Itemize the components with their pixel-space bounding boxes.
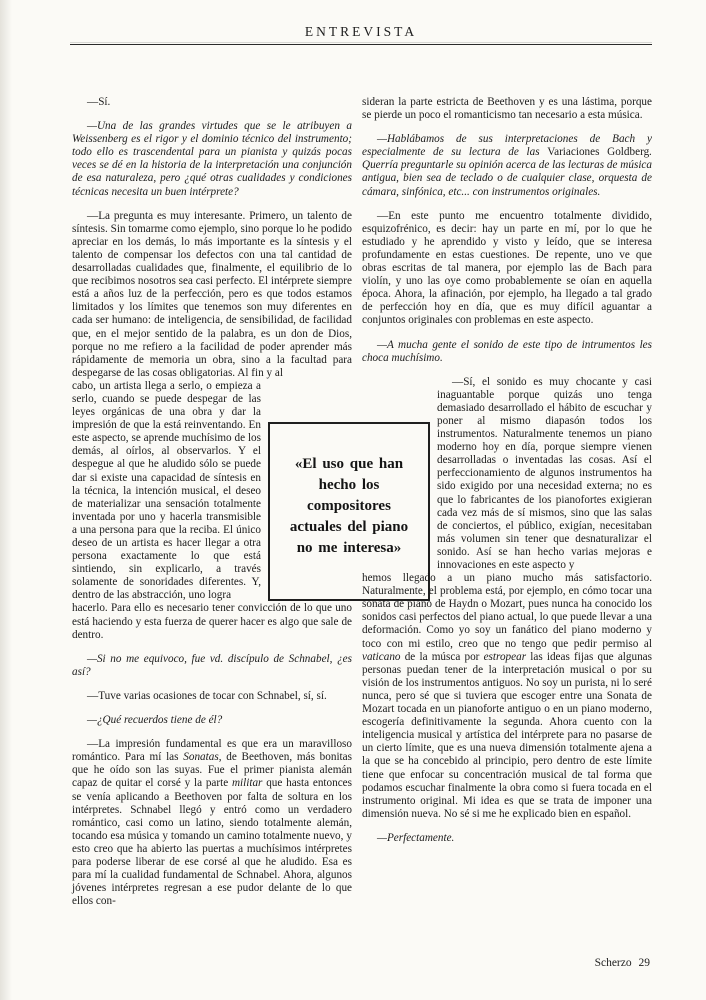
paragraph: hemos llegado a un piano mucho más satis… bbox=[362, 572, 652, 821]
right-column-segment-bottom: hemos llegado a un piano mucho más satis… bbox=[362, 572, 652, 845]
paragraph: —La impresión fundamental es que era un … bbox=[72, 738, 352, 908]
text-run: vaticano bbox=[362, 651, 401, 663]
text-run: de la músca por bbox=[401, 651, 484, 663]
right-column: sideran la parte estricta de Beethoven y… bbox=[362, 96, 652, 845]
magazine-name: Scherzo bbox=[595, 957, 632, 969]
text-run: —¿Qué recuerdos tiene de él? bbox=[87, 714, 222, 726]
page-edge-shade bbox=[0, 0, 12, 1000]
paragraph: sideran la parte estricta de Beethoven y… bbox=[362, 96, 652, 122]
text-run: —Perfectamente. bbox=[377, 832, 454, 844]
paragraph: —Sí. bbox=[72, 96, 352, 109]
paragraph: —Si no me equivoco, fue vd. discípulo de… bbox=[72, 653, 352, 679]
text-run: hacerlo. Para ello es necesario tener co… bbox=[72, 602, 352, 640]
text-run: —En este punto me encuentro totalmente d… bbox=[362, 210, 652, 327]
page-footer: Scherzo 29 bbox=[591, 957, 650, 969]
left-column-segment-wrap: cabo, un artista llega a serlo, o empiez… bbox=[72, 380, 261, 603]
paragraph: —Hablábamos de sus interpretaciones de B… bbox=[362, 133, 652, 198]
paragraph: —Perfectamente. bbox=[362, 832, 652, 845]
paragraph: hacerlo. Para ello es necesario tener co… bbox=[72, 602, 352, 641]
text-run: hemos llegado a un piano mucho más satis… bbox=[362, 572, 652, 649]
text-run: las ideas fijas que algunas personas pue… bbox=[362, 651, 652, 820]
right-column-segment-wrap: —Sí, el sonido es muy chocante y casi in… bbox=[437, 376, 652, 572]
text-run: Variaciones Goldberg bbox=[547, 146, 649, 158]
text-run: —A mucha gente el sonido de este tipo de… bbox=[362, 339, 652, 364]
left-column-segment-bottom: hacerlo. Para ello es necesario tener co… bbox=[72, 602, 352, 908]
text-run: —Una de las grandes virtudes que se le a… bbox=[72, 120, 352, 197]
paragraph: —A mucha gente el sonido de este tipo de… bbox=[362, 339, 652, 365]
text-run: Sonatas bbox=[183, 751, 218, 763]
right-column-segment-top: sideran la parte estricta de Beethoven y… bbox=[362, 96, 652, 365]
text-run: —La pregunta es muy interesante. Primero… bbox=[72, 210, 352, 379]
page-title: ENTREVISTA bbox=[70, 24, 652, 40]
text-run: militar bbox=[232, 777, 262, 789]
paragraph: —¿Qué recuerdos tiene de él? bbox=[72, 714, 352, 727]
text-run: que hasta entonces se venía aplicando a … bbox=[72, 777, 352, 907]
paragraph: —En este punto me encuentro totalmente d… bbox=[362, 210, 652, 328]
paragraph: —La pregunta es muy interesante. Primero… bbox=[72, 210, 352, 380]
paragraph: cabo, un artista llega a serlo, o empiez… bbox=[72, 380, 261, 603]
paragraph: —Sí, el sonido es muy chocante y casi in… bbox=[437, 376, 652, 572]
text-run: —Sí. bbox=[87, 96, 110, 108]
text-run: cabo, un artista llega a serlo, o empiez… bbox=[72, 380, 261, 602]
left-column-segment-top: —Sí.—Una de las grandes virtudes que se … bbox=[72, 96, 352, 380]
text-run: —Sí, el sonido es muy chocante y casi in… bbox=[437, 376, 652, 571]
paragraph: —Tuve varias ocasiones de tocar con Schn… bbox=[72, 690, 352, 703]
page-number: 29 bbox=[639, 957, 651, 969]
paragraph: —Una de las grandes virtudes que se le a… bbox=[72, 120, 352, 199]
header-rule bbox=[70, 44, 652, 45]
text-run: —Tuve varias ocasiones de tocar con Schn… bbox=[87, 690, 327, 702]
text-run: —Si no me equivoco, fue vd. discípulo de… bbox=[72, 653, 352, 678]
text-run: sideran la parte estricta de Beethoven y… bbox=[362, 96, 652, 121]
text-run: estropear bbox=[484, 651, 526, 663]
